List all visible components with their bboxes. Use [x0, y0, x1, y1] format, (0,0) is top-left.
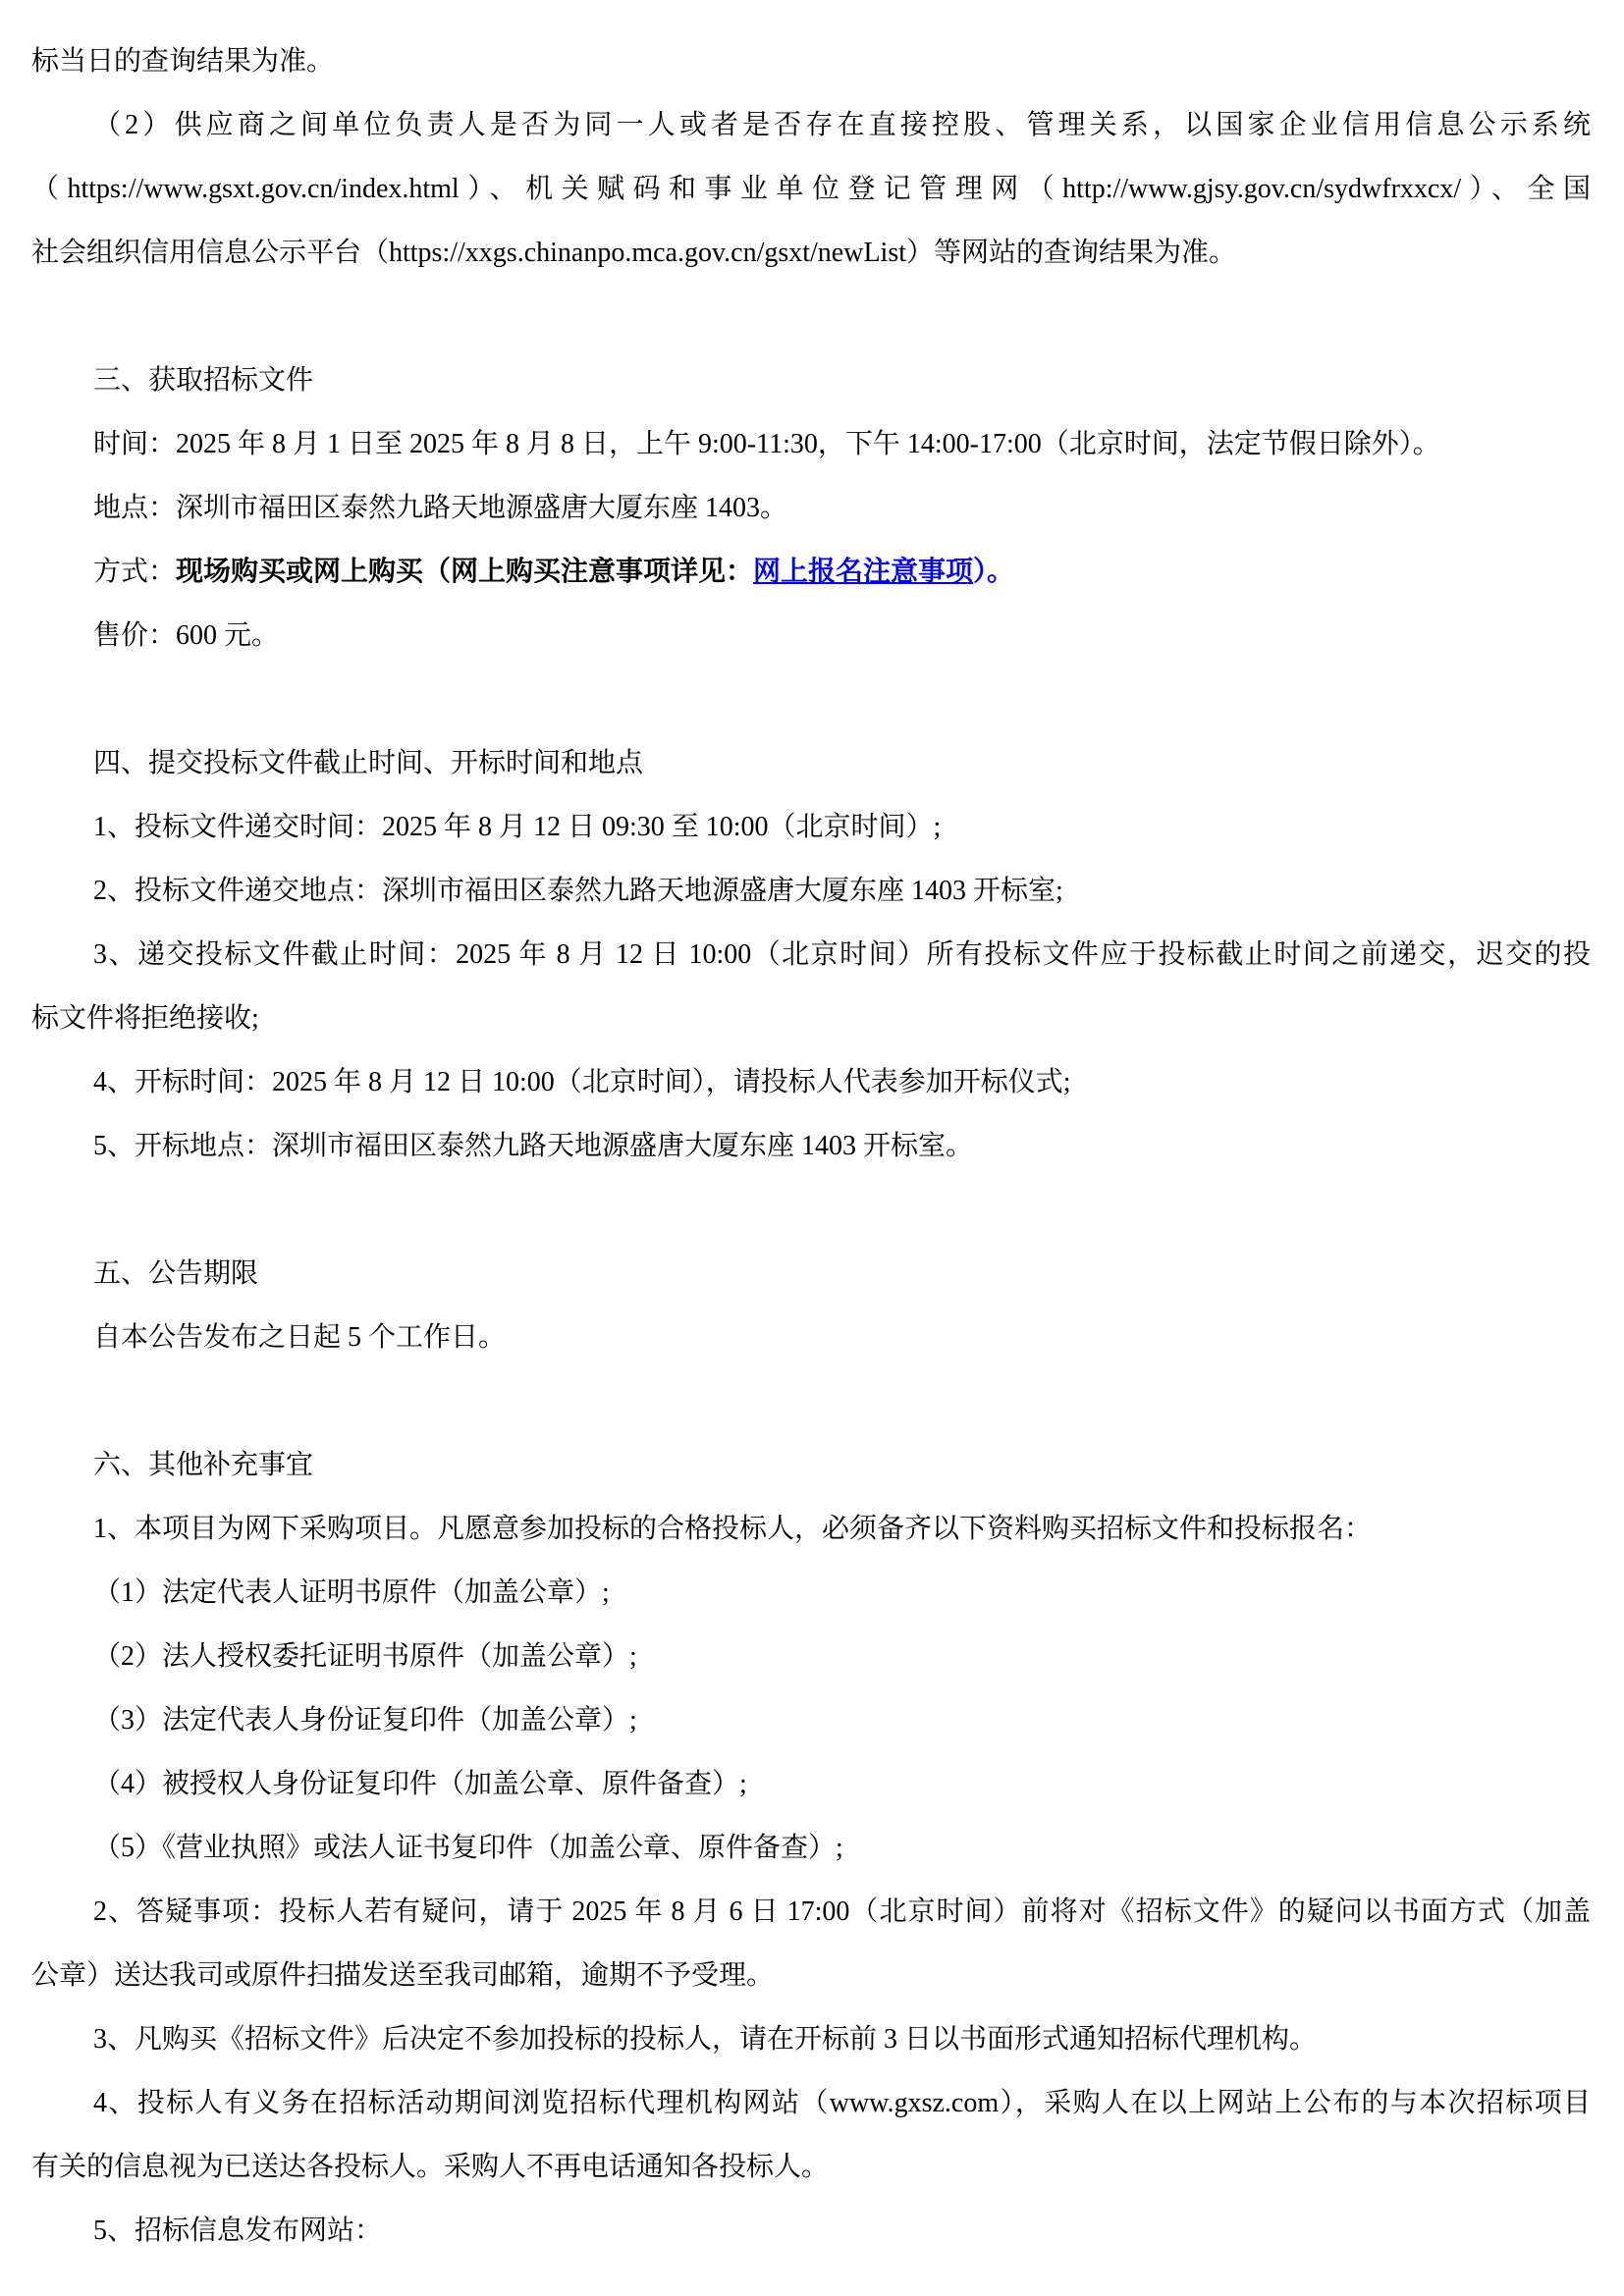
doc-obtain-method-line: 方式：现场购买或网上购买（网上购买注意事项详见：网上报名注意事项）。 — [31, 540, 1591, 604]
blank-line — [31, 285, 1591, 348]
required-doc-line-4: （4）被授权人身份证复印件（加盖公章、原件备查）; — [31, 1752, 1591, 1816]
credit-site-url-line-2: 社会组织信用信息公示平台（https://xxgs.chinanpo.mca.g… — [31, 221, 1591, 285]
agency-website-line-2: 有关的信息视为已送达各投标人。采购人不再电话通知各投标人。 — [31, 2135, 1591, 2199]
online-signup-notes-link[interactable]: 网上报名注意事项 — [753, 557, 973, 587]
required-doc-line-2: （2）法人授权委托证明书原件（加盖公章）; — [31, 1625, 1591, 1688]
withdraw-notice-line: 3、凡购买《招标文件》后决定不参加投标的投标人，请在开标前 3 日以书面形式通知… — [31, 2007, 1591, 2071]
intro-tail-line: 标当日的查询结果为准。 — [31, 29, 1591, 93]
required-doc-line-1: （1）法定代表人证明书原件（加盖公章）; — [31, 1561, 1591, 1625]
offline-purchase-line: 1、本项目为网下采购项目。凡愿意参加投标的合格投标人，必须备齐以下资料购买招标文… — [31, 1497, 1591, 1561]
announcement-period-line: 自本公告发布之日起 5 个工作日。 — [31, 1306, 1591, 1369]
required-doc-line-3: （3）法定代表人身份证复印件（加盖公章）; — [31, 1688, 1591, 1752]
section6-heading: 六、其他补充事宜 — [31, 1433, 1591, 1497]
blank-line — [31, 1369, 1591, 1433]
section3-heading: 三、获取招标文件 — [31, 348, 1591, 412]
tender-notice-page: 标当日的查询结果为准。 （2）供应商之间单位负责人是否为同一人或者是否存在直接控… — [0, 0, 1624, 2296]
info-publish-site-line: 5、招标信息发布网站： — [31, 2199, 1591, 2263]
deadline-line-2: 标文件将拒绝接收; — [31, 987, 1591, 1050]
section4-heading: 四、提交投标文件截止时间、开标时间和地点 — [31, 731, 1591, 795]
blank-line — [31, 1178, 1591, 1242]
section5-heading: 五、公告期限 — [31, 1242, 1591, 1306]
opening-time-line: 4、开标时间：2025 年 8 月 12 日 10:00（北京时间），请投标人代… — [31, 1050, 1591, 1114]
agency-website-line-1: 4、投标人有义务在招标活动期间浏览招标代理机构网站（www.gxsz.com），… — [31, 2071, 1591, 2135]
submission-place-line: 2、投标文件递交地点：深圳市福田区泰然九路天地源盛唐大厦东座 1403 开标室; — [31, 859, 1591, 923]
blank-line — [31, 667, 1591, 731]
method-label: 方式： — [93, 557, 176, 587]
deadline-line-1: 3、递交投标文件截止时间：2025 年 8 月 12 日 10:00（北京时间）… — [31, 923, 1591, 987]
credit-site-url-line-1: （https://www.gsxt.gov.cn/index.html）、机关赋… — [31, 157, 1591, 221]
method-bold-text: 现场购买或网上购买（网上购买注意事项详见： — [176, 557, 753, 587]
submission-time-line: 1、投标文件递交时间：2025 年 8 月 12 日 09:30 至 10:00… — [31, 795, 1591, 859]
method-suffix: ）。 — [973, 557, 1014, 587]
qa-line-1: 2、答疑事项：投标人若有疑问，请于 2025 年 8 月 6 日 17:00（北… — [31, 1880, 1591, 1944]
qa-line-2: 公章）送达我司或原件扫描发送至我司邮箱，逾期不予受理。 — [31, 1944, 1591, 2007]
doc-price-line: 售价：600 元。 — [31, 604, 1591, 667]
supplier-relation-line: （2）供应商之间单位负责人是否为同一人或者是否存在直接控股、管理关系，以国家企业… — [31, 93, 1591, 157]
doc-obtain-time-line: 时间：2025 年 8 月 1 日至 2025 年 8 月 8 日，上午 9:0… — [31, 412, 1591, 476]
required-doc-line-5: （5）《营业执照》或法人证书复印件（加盖公章、原件备查）; — [31, 1816, 1591, 1880]
doc-obtain-place-line: 地点：深圳市福田区泰然九路天地源盛唐大厦东座 1403。 — [31, 476, 1591, 540]
opening-place-line: 5、开标地点：深圳市福田区泰然九路天地源盛唐大厦东座 1403 开标室。 — [31, 1114, 1591, 1178]
